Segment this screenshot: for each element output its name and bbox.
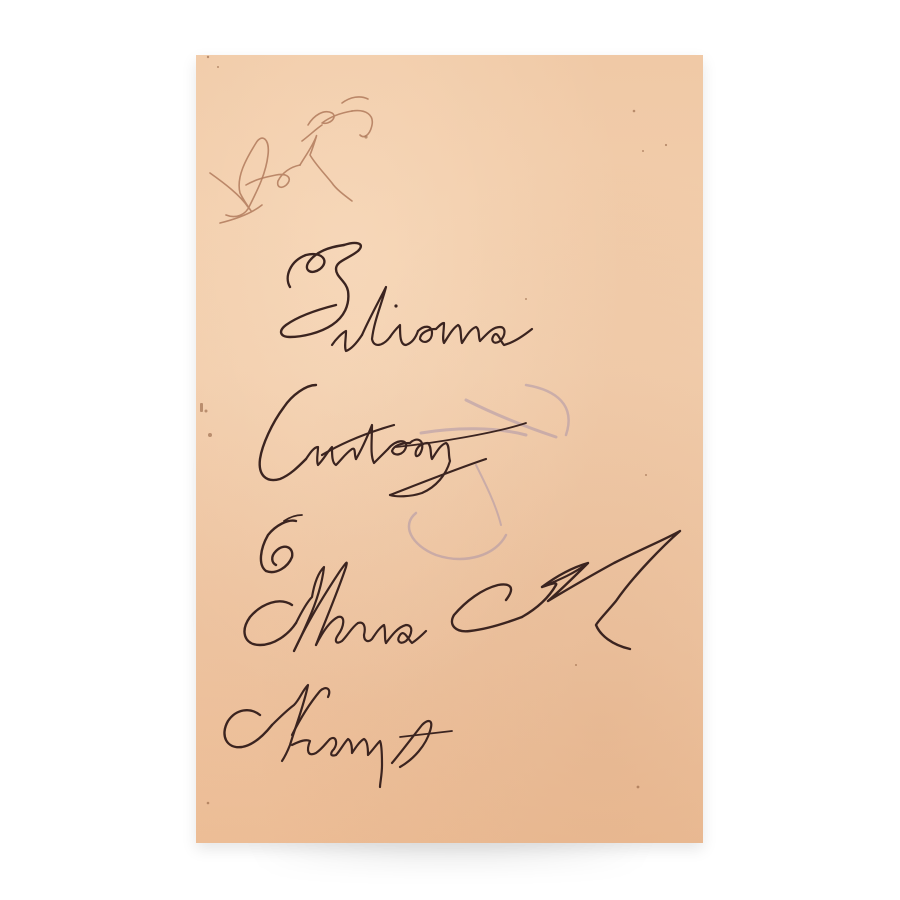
handwriting-line-neamt bbox=[224, 685, 452, 787]
handwriting-line-number-6 bbox=[261, 515, 302, 572]
handwriting-line-iuliana bbox=[281, 243, 532, 351]
handwriting-line-curtean bbox=[260, 385, 526, 496]
handwriting-line-maria bbox=[245, 531, 680, 651]
handwriting-drawing bbox=[196, 55, 703, 843]
handwritten-card: illegible pencil signature Iuliana Curte… bbox=[196, 55, 703, 843]
pencil-signature bbox=[210, 97, 372, 223]
faint-pencil-marks bbox=[409, 385, 569, 559]
